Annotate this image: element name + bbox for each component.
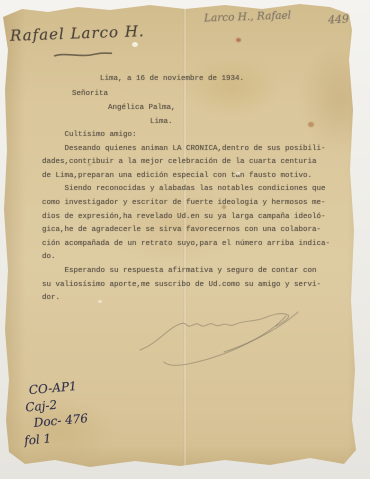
pencil-catalog-name: Larco H., Rafael	[204, 9, 291, 24]
ink-spot	[88, 163, 91, 166]
ink-spot	[308, 122, 314, 127]
typed-line: como investigador y escritor de fuerte i…	[42, 197, 330, 211]
typed-line: dios de expresión,ha revelado Ud.en su y…	[42, 211, 330, 225]
letterhead-name: Rafael Larco H.	[10, 22, 145, 45]
paper-fleck	[132, 42, 138, 47]
pencil-catalog-number: 449	[328, 12, 350, 26]
date-line: Lima, a 16 de noviembre de 1934.	[100, 75, 244, 83]
paper-fleck	[98, 300, 102, 303]
letter-body: Cultísimo amigo: Deseando quienes animan…	[42, 129, 330, 306]
typed-line: dades,contribuir a la mejor celebración …	[42, 156, 330, 170]
scanned-letter-page: Rafael Larco H. Larco H., Rafael 449 Lim…	[0, 0, 370, 479]
typed-line: su valiosísimo aporte,me suscribo de Ud.…	[42, 279, 330, 293]
ink-spot	[222, 205, 226, 209]
typed-line: de Lima,preparan una edición especial co…	[42, 170, 330, 184]
archive-marks: CO-AP1 Caj-2 Doc- 476 fol 1	[19, 377, 90, 448]
typed-line: Deseando quienes animan LA CRONICA,dentr…	[42, 143, 330, 157]
typed-line: Esperando su respuesta afirmativa y segu…	[42, 265, 330, 279]
typed-line: Cultísimo amigo:	[42, 129, 330, 143]
ink-spot	[236, 38, 241, 42]
paper-fleck	[236, 172, 240, 175]
typed-line: do.	[42, 251, 330, 265]
recipient-title: Señorita	[72, 90, 108, 98]
recipient-name: Angélica Palma,	[108, 104, 176, 112]
paper-sheet: Rafael Larco H. Larco H., Rafael 449 Lim…	[0, 0, 370, 479]
recipient-city: Lima.	[150, 118, 173, 126]
typed-line: ción acompañada de un retrato suyo,para …	[42, 238, 330, 252]
letterhead: Rafael Larco H.	[10, 21, 171, 45]
signature-flourish-icon	[128, 300, 318, 368]
letterhead-flourish-icon	[52, 50, 114, 60]
typed-line: gica,he de agradecerle se sirva favorece…	[42, 224, 330, 238]
typed-line: Siendo reconocidas y alabadas las notabl…	[42, 183, 330, 197]
